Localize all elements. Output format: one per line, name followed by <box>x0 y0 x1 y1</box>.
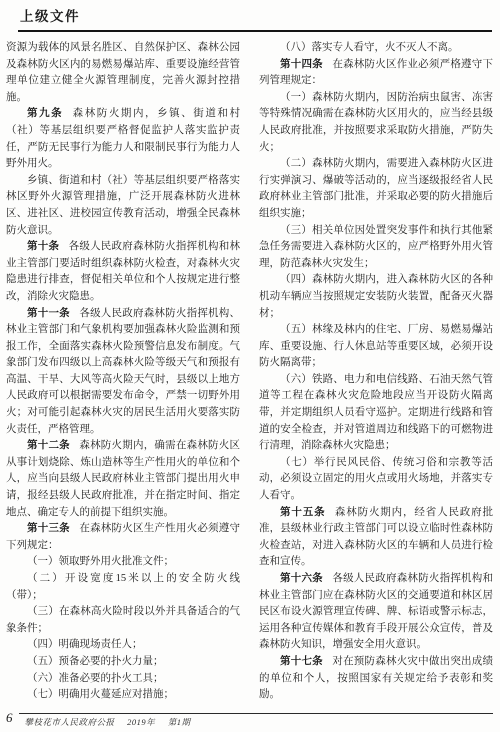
paragraph: （五）预备必要的扑火力量； <box>6 654 240 671</box>
paragraph: 第十二条森林防火期内，确需在森林防火区从事计划烧除、炼山造林等生产性用火的单位和… <box>6 438 240 521</box>
paragraph: 第十七条对在预防森林火灾中做出突出成绩的单位和个人，按照国家有关规定给予表彰和奖… <box>259 654 493 704</box>
article-number: 第十一条 <box>27 308 79 319</box>
paragraph: （二）森林防火期内，需要进入森林防火区进行实弹演习、爆破等活动的，应当逐级报经省… <box>259 156 493 222</box>
paragraph: 第十条各级人民政府森林防火指挥机构和林业主管部门要适时组织森林防火检查，对森林火… <box>6 239 240 305</box>
paragraph-text: 森林防火期内，确需在森林防火区从事计划烧除、炼山造林等生产性用火的单位和个人，应… <box>6 440 240 517</box>
page-number: 6 <box>6 711 13 725</box>
paragraph-text: （四）明确现场责任人； <box>27 639 143 650</box>
paragraph-text: （二）森林防火期内，需要进入森林防火区进行实弹演习、爆破等活动的，应当逐级报经省… <box>259 158 493 219</box>
paragraph-text: （三）在森林高火险时段以外并具备适合的气象条件； <box>6 606 240 634</box>
paragraph: （一）森林防火期内，因防治病虫鼠害、冻害等特殊情况确需在森林防火区用火的，应当经… <box>259 90 493 156</box>
paragraph-text: （一）森林防火期内，因防治病虫鼠害、冻害等特殊情况确需在森林防火区用火的，应当经… <box>259 92 493 153</box>
paragraph-text: （七）举行民风民俗、传统习俗和宗教等活动，必须设立固定的用火点或用火场地，并落实… <box>259 457 493 501</box>
paragraph-text: （五）林缘及林内的住宅、厂房、易燃易爆站库、重要设施、行人休息站等重要区域，必须… <box>259 324 493 368</box>
paragraph: （七）明确用火蔓延应对措施； <box>6 687 240 704</box>
article-number: 第十条 <box>27 241 69 252</box>
paragraph: （八）落实专人看守，火不灭人不离。 <box>259 40 493 57</box>
article-number: 第十三条 <box>27 523 79 534</box>
paragraph: 第十三条在森林防火区生产性用火必须遵守下列规定： <box>6 521 240 554</box>
document-page: 上级文件 资源为载体的风景名胜区、自然保护区、森林公园及森林防火区内的易燃易爆站… <box>0 0 500 732</box>
paragraph-text: 各级人民政府森林防火指挥机构和林业主管部门应在森林防火区的交通要道和林区居民区布… <box>259 573 493 650</box>
publication-year: 2019年 <box>127 717 155 727</box>
paragraph: 乡镇、街道和村（社）等基层组织要严格落实林区野外火源管理措施，广泛开展森林防火进… <box>6 173 240 239</box>
paragraph: （二）开设宽度15米以上的安全防火线（带）； <box>6 571 240 604</box>
page-header: 上级文件 <box>18 5 492 32</box>
paragraph-text: 乡镇、街道和村（社）等基层组织要严格落实林区野外火源管理措施，广泛开展森林防火进… <box>6 175 240 236</box>
paragraph-text: （二）开设宽度15米以上的安全防火线（带）； <box>6 573 240 601</box>
paragraph-text: （七）明确用火蔓延应对措施； <box>27 689 174 700</box>
document-body: 资源为载体的风景名胜区、自然保护区、森林公园及森林防火区内的易燃易爆站库、重要设… <box>6 40 493 704</box>
paragraph: （六）准备必要的扑火工具； <box>6 671 240 688</box>
publication-issue: 第1期 <box>168 717 191 727</box>
paragraph: （四）明确现场责任人； <box>6 637 240 654</box>
paragraph-text: （六）铁路、电力和电信线路、石油天然气管道等工程在森林火灾危险地段应当开设防火隔… <box>259 374 493 451</box>
paragraph: （三）相关单位因处置突发事件和执行其他紧急任务需要进入森林防火区的，应严格野外用… <box>259 223 493 273</box>
paragraph: 资源为载体的风景名胜区、自然保护区、森林公园及森林防火区内的易燃易爆站库、重要设… <box>6 40 240 106</box>
article-number: 第九条 <box>27 108 73 119</box>
paragraph: （三）在森林高火险时段以外并具备适合的气象条件； <box>6 604 240 637</box>
paragraph: 第十四条在森林防火区作业必须严格遵守下列管理规定： <box>259 57 493 90</box>
article-number: 第十七条 <box>280 656 332 667</box>
article-number: 第十四条 <box>280 59 332 70</box>
paragraph-text: 资源为载体的风景名胜区、自然保护区、森林公园及森林防火区内的易燃易爆站库、重要设… <box>6 42 240 103</box>
paragraph-text: 各级人民政府森林防火指挥机构、林业主管部门和气象机构要加强森林火险监测和预报工作… <box>6 308 240 435</box>
article-number: 第十五条 <box>280 507 335 518</box>
paragraph: （四）森林防火期内，进入森林防火区的各种机动车辆应当按照规定安装防火装置，配备灭… <box>259 272 493 322</box>
article-number: 第十六条 <box>280 573 332 584</box>
paragraph: （五）林缘及林内的住宅、厂房、易燃易爆站库、重要设施、行人休息站等重要区域，必须… <box>259 322 493 372</box>
paragraph: （一）领取野外用火批准文件； <box>6 554 240 571</box>
article-number: 第十二条 <box>27 440 79 451</box>
paragraph-text: （四）森林防火期内，进入森林防火区的各种机动车辆应当按照规定安装防火装置，配备灭… <box>259 274 493 318</box>
paragraph: （六）铁路、电力和电信线路、石油天然气管道等工程在森林火灾危险地段应当开设防火隔… <box>259 372 493 455</box>
paragraph-text: （八）落实专人看守，火不灭人不离。 <box>280 42 459 53</box>
paragraph: 第十六条各级人民政府森林防火指挥机构和林业主管部门应在森林防火区的交通要道和林区… <box>259 571 493 654</box>
paragraph: 第十一条各级人民政府森林防火指挥机构、林业主管部门和气象机构要加强森林火险监测和… <box>6 306 240 439</box>
paragraph-text: （三）相关单位因处置突发事件和执行其他紧急任务需要进入森林防火区的，应严格野外用… <box>259 225 493 269</box>
journal-line: 攀枝花市人民政府公报 2019年 第1期 <box>19 716 494 728</box>
paragraph: 第九条森林防火期内，乡镇、街道和村（社）等基层组织要严格督促监护人落实监护责任，… <box>6 106 240 172</box>
footer-rule: 攀枝花市人民政府公报 2019年 第1期 <box>19 713 494 728</box>
left-column: 资源为载体的风景名胜区、自然保护区、森林公园及森林防火区内的易燃易爆站库、重要设… <box>6 40 240 704</box>
paragraph-text: （六）准备必要的扑火工具； <box>27 673 164 684</box>
paragraph-text: （五）预备必要的扑火力量； <box>27 656 164 667</box>
paragraph: 第十五条森林防火期内，经省人民政府批准，县级林业行政主管部门可以设立临时性森林防… <box>259 505 493 571</box>
paragraph: （七）举行民风民俗、传统习俗和宗教等活动，必须设立固定的用火点或用火场地，并落实… <box>259 455 493 505</box>
section-label: 上级文件 <box>20 5 80 25</box>
paragraph-text: （一）领取野外用火批准文件； <box>27 556 174 567</box>
right-column: （八）落实专人看守，火不灭人不离。第十四条在森林防火区作业必须严格遵守下列管理规… <box>259 40 493 704</box>
publication-title: 攀枝花市人民政府公报 <box>25 717 115 727</box>
page-footer: 6 攀枝花市人民政府公报 2019年 第1期 <box>6 711 493 728</box>
